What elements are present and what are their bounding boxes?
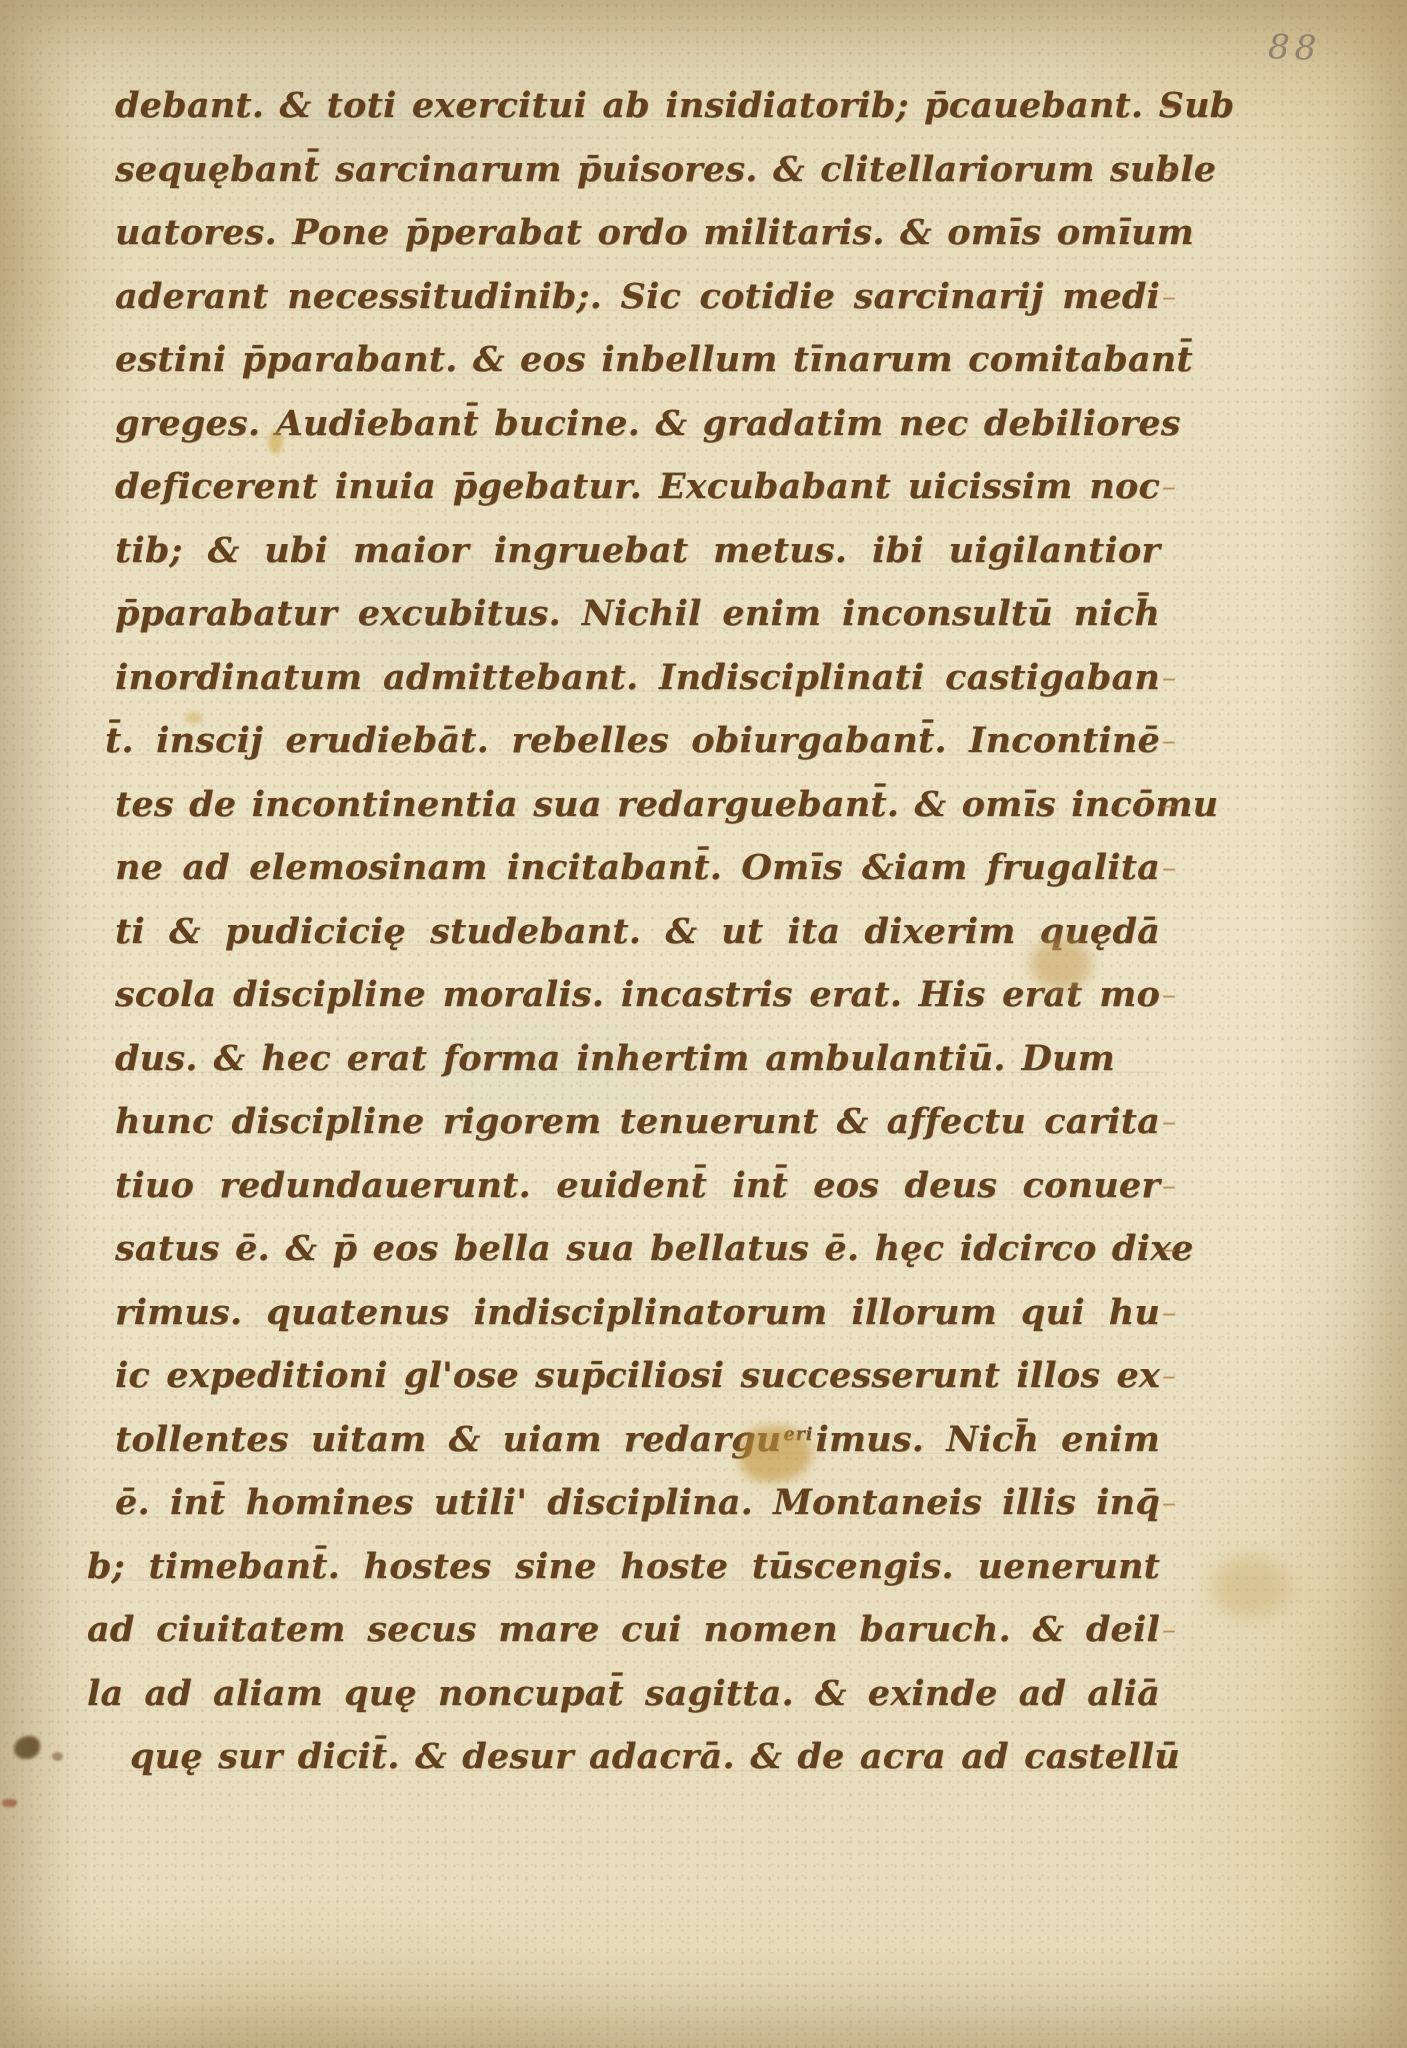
manuscript-line-19: satus ē. & p̄ eos bella sua bellatus ē. …	[115, 1217, 1160, 1281]
line-filler-dash: –	[1162, 1217, 1186, 1281]
ink-speck	[52, 1752, 63, 1761]
manuscript-line-9: p̄parabatur excubitus. Nichil enim incon…	[115, 582, 1160, 646]
line-filler-dash: –	[1162, 138, 1186, 202]
manuscript-line-8: tib; & ubi maior ingruebat metus. ibi ui…	[115, 519, 1160, 583]
manuscript-line-23: ē. int̄ homines utili' disciplina. Monta…	[115, 1471, 1160, 1535]
manuscript-line-6: greges. Audiebant̄ bucine. & gradatim ne…	[115, 392, 1160, 456]
ink-speck	[14, 1736, 40, 1759]
manuscript-line-25: ad ciuitatem secus mare cui nomen baruch…	[87, 1598, 1160, 1662]
manuscript-line-1: debant. & toti exercitui ab insidiatorib…	[115, 74, 1160, 138]
manuscript-line-22: tollentes uitam & uiam redargueriimus. N…	[115, 1408, 1160, 1472]
manuscript-line-5: estini p̄parabant. & eos inbellum tīnaru…	[115, 328, 1160, 392]
manuscript-line-15: scola discipline moralis. incastris erat…	[115, 963, 1160, 1027]
manuscript-line-16: dus. & hec erat forma inhertim ambulanti…	[115, 1027, 1115, 1091]
line-filler-dash: –	[1162, 1471, 1186, 1535]
manuscript-line-10: inordinatum admittebant. Indisciplinati …	[115, 646, 1160, 710]
line-filler-dash: –	[1162, 1154, 1186, 1218]
line-filler-dash: –	[1162, 646, 1186, 710]
manuscript-line-26: la ad aliam quę noncupat̄ sagitta. & exi…	[87, 1662, 1160, 1726]
manuscript-line-20: rimus. quatenus indisciplinatorum illoru…	[115, 1281, 1160, 1345]
manuscript-line-24: b; timebant̄. hostes sine hoste tūscengi…	[87, 1535, 1160, 1599]
stain	[1212, 1556, 1290, 1618]
text-block: debant. & toti exercitui ab insidiatorib…	[115, 74, 1160, 1790]
line-filler-dash: –	[1162, 455, 1186, 519]
interlinear-addition: eri	[783, 1425, 813, 1445]
manuscript-line-11: t̄. inscij erudiebāt. rebelles obiurgaba…	[105, 709, 1160, 773]
line-filler-dash: –	[1162, 1598, 1186, 1662]
line-filler-dash: –	[1162, 1281, 1186, 1345]
line-filler-dash: –	[1162, 709, 1186, 773]
manuscript-line-14: ti & pudicicię studebant. & ut ita dixer…	[115, 900, 1160, 964]
manuscript-line-27: quę sur dicit̄. & desur adacrā. & de acr…	[130, 1725, 1120, 1789]
manuscript-line-18: tiuo redundauerunt. euident̄ int̄ eos de…	[115, 1154, 1160, 1218]
manuscript-line-4: aderant necessitudinib;. Sic cotidie sar…	[115, 265, 1160, 329]
manuscript-line-21: ic expeditioni gl'ose sup̄ciliosi succes…	[115, 1344, 1160, 1408]
manuscript-line-12: tes de incontinentia sua redarguebant̄. …	[115, 773, 1160, 837]
line-filler-dash: –	[1162, 773, 1186, 837]
red-speck	[2, 1799, 17, 1807]
line-filler-dash: –	[1162, 963, 1186, 1027]
line-filler-dash: –	[1162, 265, 1186, 329]
line-filler-dash: –	[1162, 1344, 1186, 1408]
manuscript-line-7: deficerent inuia p̄gebatur. Excubabant u…	[115, 455, 1160, 519]
manuscript-line-3: uatores. Pone p̄perabat ordo militaris. …	[115, 201, 1160, 265]
line-filler-dash: –	[1162, 836, 1186, 900]
manuscript-line-13: ne ad elemosinam incitabant̄. Omīs &iam …	[115, 836, 1160, 900]
manuscript-page: debant. & toti exercitui ab insidiatorib…	[0, 0, 1407, 2048]
manuscript-line-17: hunc discipline rigorem tenuerunt & affe…	[115, 1090, 1160, 1154]
folio-number: 88	[1267, 27, 1322, 69]
manuscript-line-2: sequębant̄ sarcinarum p̄uisores. & clite…	[115, 138, 1160, 202]
line-filler-dash: –	[1162, 1090, 1186, 1154]
line-filler-dash: –	[1162, 74, 1186, 138]
